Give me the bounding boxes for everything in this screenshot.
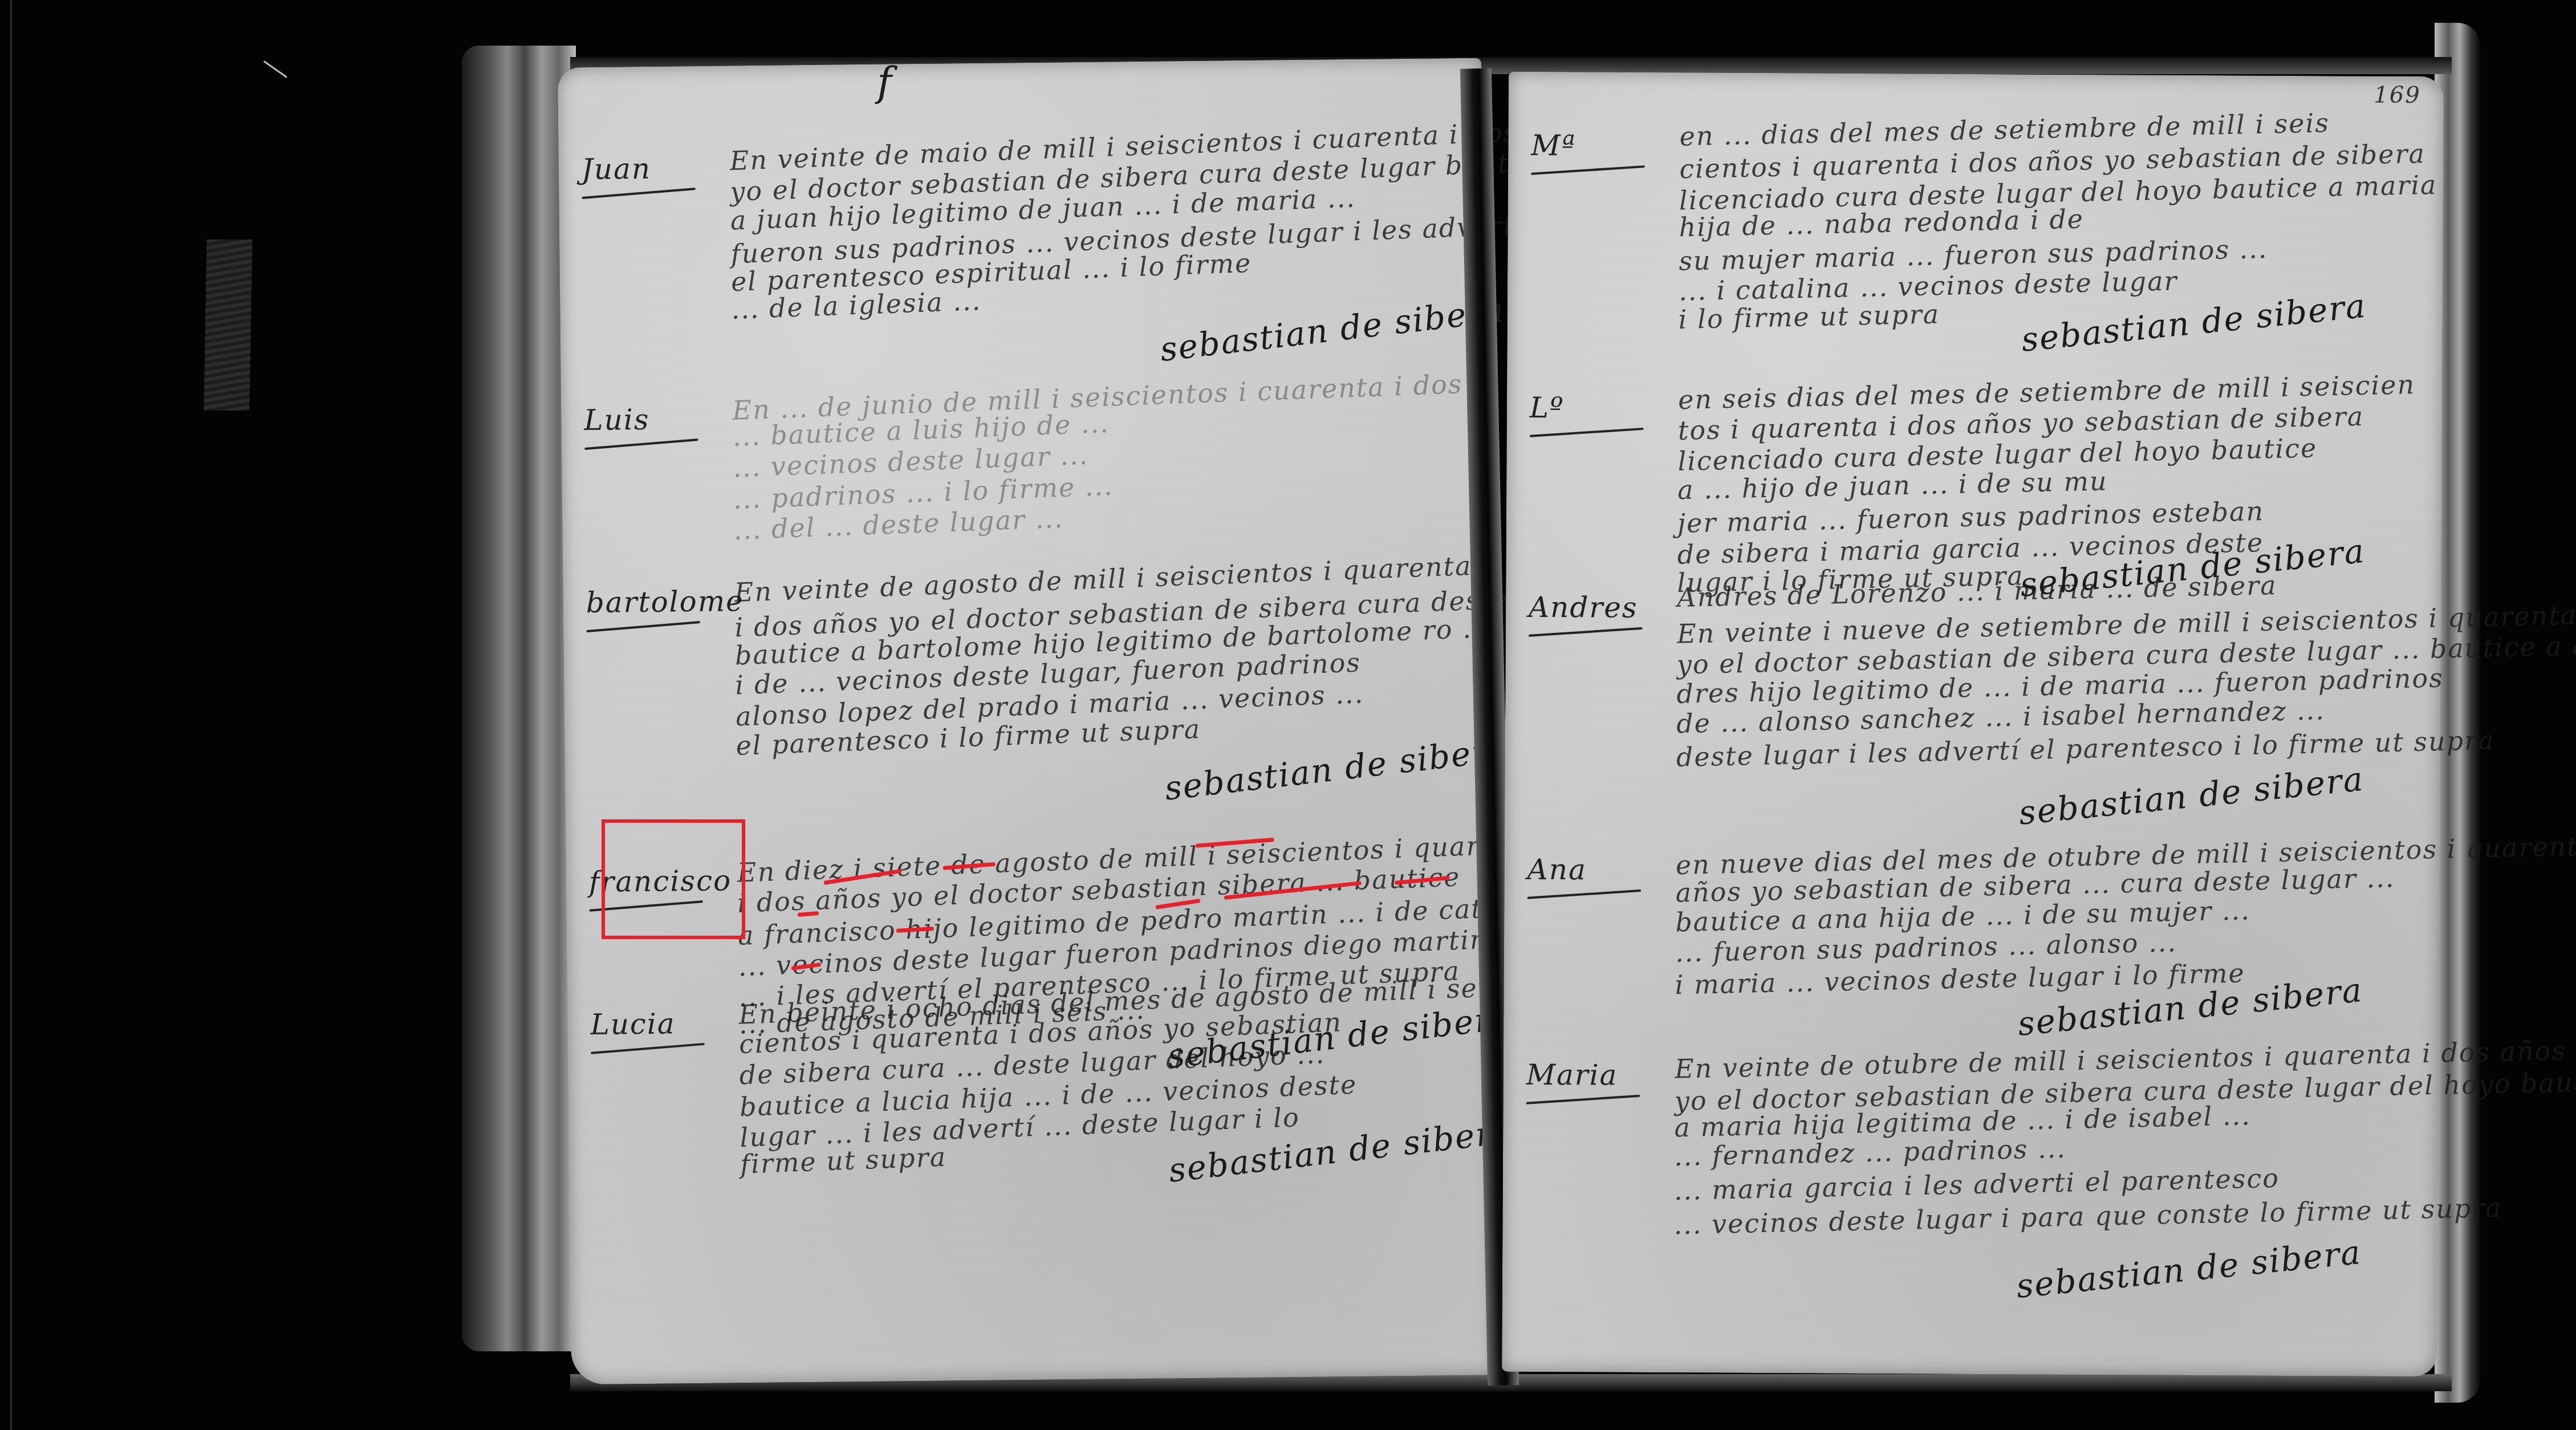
film-edge [10, 0, 12, 1430]
film-artifact [204, 239, 252, 411]
margin-name: Mª [1531, 129, 1576, 162]
top-mark: f [877, 58, 893, 105]
margin-name-underline [1527, 889, 1642, 899]
highlight-box-francisco [602, 819, 745, 939]
margin-name-underline [1526, 1095, 1640, 1104]
left-page: f JuanEn veinte de maio de mill i seisci… [558, 58, 1495, 1385]
margin-name: Lº [1530, 391, 1565, 424]
margin-name: Lucia [590, 1007, 676, 1041]
margin-name: Ana [1527, 853, 1587, 887]
right-page: 169 Mªen ... dias del mes de setiembre d… [1502, 72, 2444, 1377]
book-edge-left [462, 46, 576, 1351]
entry-text-line: i lo firme ut supra [1678, 299, 1940, 335]
priest-signature: sebastian de sibera [2014, 1233, 2363, 1306]
margin-name: bartolome [586, 584, 744, 619]
margin-name-underline [584, 438, 698, 450]
margin-name: Maria [1526, 1058, 1618, 1092]
margin-name-underline [1529, 627, 1643, 637]
priest-signature: sebastian de sibera [1158, 291, 1507, 369]
margin-name-underline [582, 188, 696, 199]
margin-name-underline [591, 1043, 705, 1054]
priest-signature: sebastian de sibera [1163, 730, 1512, 808]
margin-name: Luis [584, 403, 650, 437]
margin-name: Juan [582, 152, 652, 186]
margin-name-underline [1531, 165, 1645, 175]
margin-name-underline [1530, 428, 1644, 437]
priest-signature: sebastian de sibera [2017, 759, 2365, 832]
folio-number: 169 [2374, 82, 2421, 108]
margin-name: Andres [1529, 591, 1638, 624]
margin-name-underline [586, 621, 700, 632]
